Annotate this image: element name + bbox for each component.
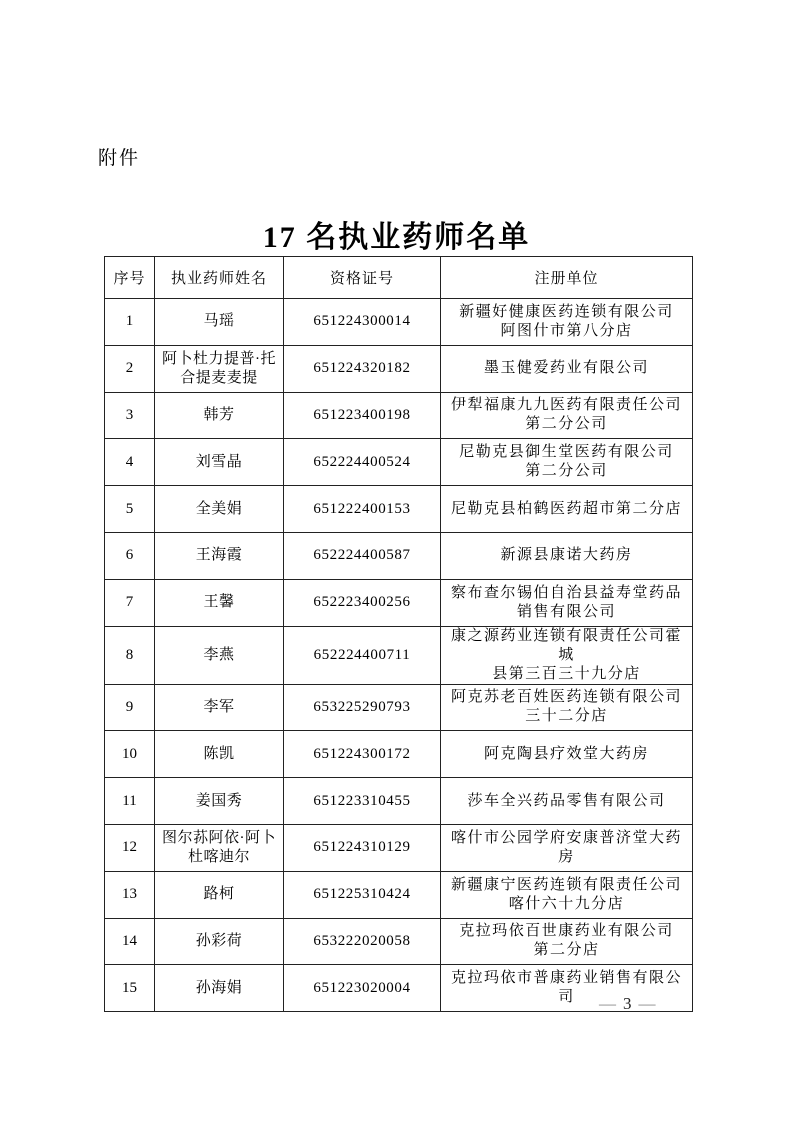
cell-cert: 651224320182 (284, 345, 441, 392)
column-header: 资格证号 (284, 257, 441, 299)
cell-name: 陈凯 (155, 731, 284, 778)
table-row: 13路柯651225310424新疆康宁医药连锁有限责任公司 喀什六十九分店 (105, 871, 693, 918)
cell-name: 马瑶 (155, 299, 284, 346)
cell-cert: 651224310129 (284, 824, 441, 871)
document-page: 附件 17 名执业药师名单 序号执业药师姓名资格证号注册单位 1马瑶651224… (0, 0, 793, 1122)
cell-cert: 651223020004 (284, 965, 441, 1012)
table-row: 5全美娟651222400153尼勒克县柏鹤医药超市第二分店 (105, 486, 693, 533)
cell-no: 2 (105, 345, 155, 392)
cell-cert: 653225290793 (284, 684, 441, 731)
cell-cert: 652223400256 (284, 579, 441, 626)
cell-no: 6 (105, 532, 155, 579)
pharmacist-table: 序号执业药师姓名资格证号注册单位 1马瑶651224300014新疆好健康医药连… (104, 256, 693, 1012)
table-row: 12图尔荪阿依·阿卜 杜喀迪尔651224310129喀什市公园学府安康普济堂大… (105, 824, 693, 871)
cell-name: 全美娟 (155, 486, 284, 533)
pharmacist-table-body: 1马瑶651224300014新疆好健康医药连锁有限公司 阿图什市第八分店2阿卜… (105, 299, 693, 1012)
cell-unit: 喀什市公园学府安康普济堂大药房 (441, 824, 693, 871)
cell-no: 10 (105, 731, 155, 778)
column-header: 序号 (105, 257, 155, 299)
cell-unit: 新疆康宁医药连锁有限责任公司 喀什六十九分店 (441, 871, 693, 918)
cell-name: 孙彩荷 (155, 918, 284, 965)
cell-no: 9 (105, 684, 155, 731)
table-row: 2阿卜杜力提普·托 合提麦麦提651224320182墨玉健爱药业有限公司 (105, 345, 693, 392)
table-row: 14孙彩荷653222020058克拉玛依百世康药业有限公司 第二分店 (105, 918, 693, 965)
cell-unit: 康之源药业连锁有限责任公司霍城 县第三百三十九分店 (441, 626, 693, 684)
cell-cert: 651224300014 (284, 299, 441, 346)
cell-name: 刘雪晶 (155, 439, 284, 486)
table-row: 9李军653225290793阿克苏老百姓医药连锁有限公司 三十二分店 (105, 684, 693, 731)
cell-name: 韩芳 (155, 392, 284, 439)
cell-name: 姜国秀 (155, 778, 284, 825)
cell-cert: 652224400524 (284, 439, 441, 486)
page-number: — 3 — (599, 994, 656, 1014)
attachment-label: 附件 (98, 143, 140, 170)
table-row: 6王海霞652224400587新源县康诺大药房 (105, 532, 693, 579)
cell-no: 3 (105, 392, 155, 439)
cell-name: 路柯 (155, 871, 284, 918)
cell-no: 1 (105, 299, 155, 346)
cell-no: 12 (105, 824, 155, 871)
column-header: 注册单位 (441, 257, 693, 299)
cell-unit: 新疆好健康医药连锁有限公司 阿图什市第八分店 (441, 299, 693, 346)
cell-name: 李军 (155, 684, 284, 731)
page-title: 17 名执业药师名单 (0, 212, 793, 256)
table-row: 3韩芳651223400198伊犁福康九九医药有限责任公司 第二分公司 (105, 392, 693, 439)
cell-unit: 察布查尔锡伯自治县益寿堂药品 销售有限公司 (441, 579, 693, 626)
cell-name: 阿卜杜力提普·托 合提麦麦提 (155, 345, 284, 392)
page-number-dash-right: — (639, 994, 656, 1014)
cell-no: 4 (105, 439, 155, 486)
table-row: 10陈凯651224300172阿克陶县疗效堂大药房 (105, 731, 693, 778)
cell-name: 李燕 (155, 626, 284, 684)
cell-unit: 尼勒克县柏鹤医药超市第二分店 (441, 486, 693, 533)
cell-unit: 阿克苏老百姓医药连锁有限公司 三十二分店 (441, 684, 693, 731)
cell-cert: 651223400198 (284, 392, 441, 439)
column-header: 执业药师姓名 (155, 257, 284, 299)
table-row: 7王馨652223400256察布查尔锡伯自治县益寿堂药品 销售有限公司 (105, 579, 693, 626)
page-number-value: 3 (623, 994, 632, 1014)
cell-no: 8 (105, 626, 155, 684)
cell-unit: 阿克陶县疗效堂大药房 (441, 731, 693, 778)
page-number-dash-left: — (599, 994, 616, 1014)
cell-unit: 伊犁福康九九医药有限责任公司 第二分公司 (441, 392, 693, 439)
cell-cert: 652224400711 (284, 626, 441, 684)
cell-unit: 新源县康诺大药房 (441, 532, 693, 579)
table-row: 8李燕652224400711康之源药业连锁有限责任公司霍城 县第三百三十九分店 (105, 626, 693, 684)
table-row: 1马瑶651224300014新疆好健康医药连锁有限公司 阿图什市第八分店 (105, 299, 693, 346)
cell-no: 7 (105, 579, 155, 626)
cell-no: 5 (105, 486, 155, 533)
cell-cert: 651225310424 (284, 871, 441, 918)
cell-no: 14 (105, 918, 155, 965)
cell-cert: 651223310455 (284, 778, 441, 825)
cell-unit: 尼勒克县御生堂医药有限公司 第二分公司 (441, 439, 693, 486)
cell-no: 15 (105, 965, 155, 1012)
cell-name: 孙海娟 (155, 965, 284, 1012)
cell-cert: 653222020058 (284, 918, 441, 965)
cell-no: 11 (105, 778, 155, 825)
table-row: 4刘雪晶652224400524尼勒克县御生堂医药有限公司 第二分公司 (105, 439, 693, 486)
table-header-row: 序号执业药师姓名资格证号注册单位 (105, 257, 693, 299)
cell-unit: 墨玉健爱药业有限公司 (441, 345, 693, 392)
cell-unit: 克拉玛依百世康药业有限公司 第二分店 (441, 918, 693, 965)
cell-cert: 651224300172 (284, 731, 441, 778)
table-row: 11姜国秀651223310455莎车全兴药品零售有限公司 (105, 778, 693, 825)
cell-name: 王馨 (155, 579, 284, 626)
cell-cert: 652224400587 (284, 532, 441, 579)
cell-name: 王海霞 (155, 532, 284, 579)
cell-name: 图尔荪阿依·阿卜 杜喀迪尔 (155, 824, 284, 871)
cell-cert: 651222400153 (284, 486, 441, 533)
cell-unit: 莎车全兴药品零售有限公司 (441, 778, 693, 825)
cell-no: 13 (105, 871, 155, 918)
